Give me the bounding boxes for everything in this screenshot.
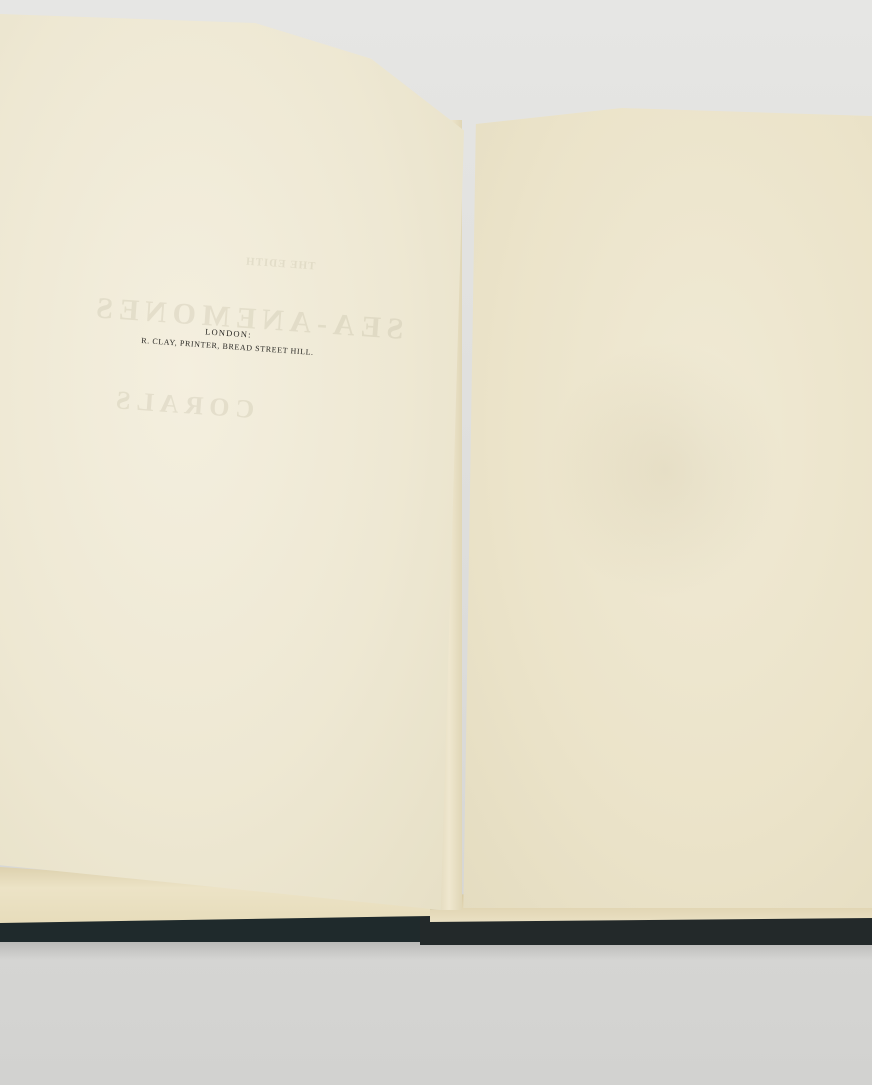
right-page-show-through-figure [545, 340, 785, 600]
left-page [0, 14, 464, 910]
